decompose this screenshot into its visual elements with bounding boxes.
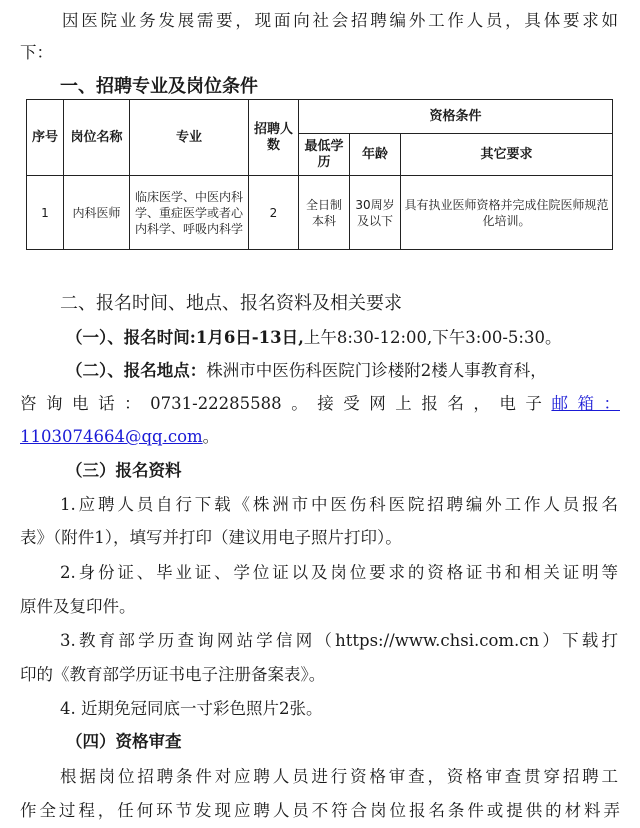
email-line: 1103074664@qq.com。	[20, 426, 219, 448]
contact-line: 咨询电话：0731-22285588。接受网上报名，电子邮箱：	[20, 393, 620, 415]
contact-text: 咨询电话：0731-22285588。接受网上报名，电子	[20, 394, 551, 413]
header-major: 专业	[130, 100, 249, 176]
header-qualifications: 资格条件	[299, 100, 613, 134]
review-line-2: 作全过程，任何环节发现应聘人员不符合岗位报名条件或提供的材料弄	[20, 800, 620, 822]
review-title: （四）资格审查	[66, 731, 182, 753]
material-item-3-line-1: 3.教育部学历查询网站学信网（https://www.chsi.com.cn）下…	[60, 630, 618, 652]
email-tail: 。	[203, 427, 220, 446]
header-education: 最低学历	[299, 134, 350, 176]
material-item-1-line-1: 1.应聘人员自行下载《株洲市中医伤科医院招聘编外工作人员报名	[60, 494, 618, 516]
registration-time-label: （一）、报名时间:1月6日-13日,	[66, 328, 304, 347]
material-item-1-line-2: 表》（附件1），填写并打印（建议用电子照片打印）。	[20, 527, 402, 549]
recruitment-table: 序号 岗位名称 专业 招聘人数 资格条件 最低学历 年龄 其它要求 1 内科医师…	[26, 99, 613, 250]
materials-title: （三）报名资料	[66, 460, 182, 482]
table-row: 1 内科医师 临床医学、中医内科学、重症医学或者心内科学、呼吸内科学 2 全日制…	[27, 176, 613, 250]
review-line-1: 根据岗位招聘条件对应聘人员进行资格审查，资格审查贯穿招聘工	[60, 766, 618, 788]
intro-line-2: 下：	[20, 42, 53, 64]
header-count: 招聘人数	[249, 100, 299, 176]
cell-position: 内科医师	[64, 176, 130, 250]
registration-place-value: 株洲市中医伤科医院门诊楼附2楼人事教育科，	[206, 361, 547, 380]
registration-place: （二）、报名地点：株洲市中医伤科医院门诊楼附2楼人事教育科，	[66, 360, 547, 382]
registration-time: （一）、报名时间:1月6日-13日,上午8:30-12:00,下午3:00-5:…	[66, 327, 561, 349]
section2-title: 二、报名时间、地点、报名资料及相关要求	[60, 293, 402, 315]
cell-education: 全日制本科	[299, 176, 350, 250]
header-no: 序号	[27, 100, 64, 176]
registration-place-label: （二）、报名地点：	[66, 361, 206, 380]
registration-time-value: 上午8:30-12:00,下午3:00-5:30。	[304, 328, 562, 347]
cell-major: 临床医学、中医内科学、重症医学或者心内科学、呼吸内科学	[130, 176, 249, 250]
email-link-label[interactable]: 邮箱：	[551, 394, 620, 413]
material-item-2-line-1: 2.身份证、毕业证、学位证以及岗位要求的资格证书和相关证明等	[60, 562, 618, 584]
email-link[interactable]: 1103074664@qq.com	[20, 427, 203, 446]
material-item-3-line-2: 印的《教育部学历证书电子注册备案表》。	[20, 664, 325, 686]
material-item-2-line-2: 原件及复印件。	[20, 596, 136, 618]
header-age: 年龄	[350, 134, 401, 176]
section1-title: 一、招聘专业及岗位条件	[60, 76, 258, 98]
cell-other: 具有执业医师资格并完成住院医师规范化培训。	[401, 176, 613, 250]
material-item-4: 4. 近期免冠同底一寸彩色照片2张。	[60, 698, 323, 720]
header-other: 其它要求	[401, 134, 613, 176]
header-position: 岗位名称	[64, 100, 130, 176]
cell-no: 1	[27, 176, 64, 250]
cell-age: 30周岁及以下	[350, 176, 401, 250]
cell-count: 2	[249, 176, 299, 250]
intro-line-1: 因医院业务发展需要，现面向社会招聘编外工作人员，具体要求如	[62, 10, 618, 32]
